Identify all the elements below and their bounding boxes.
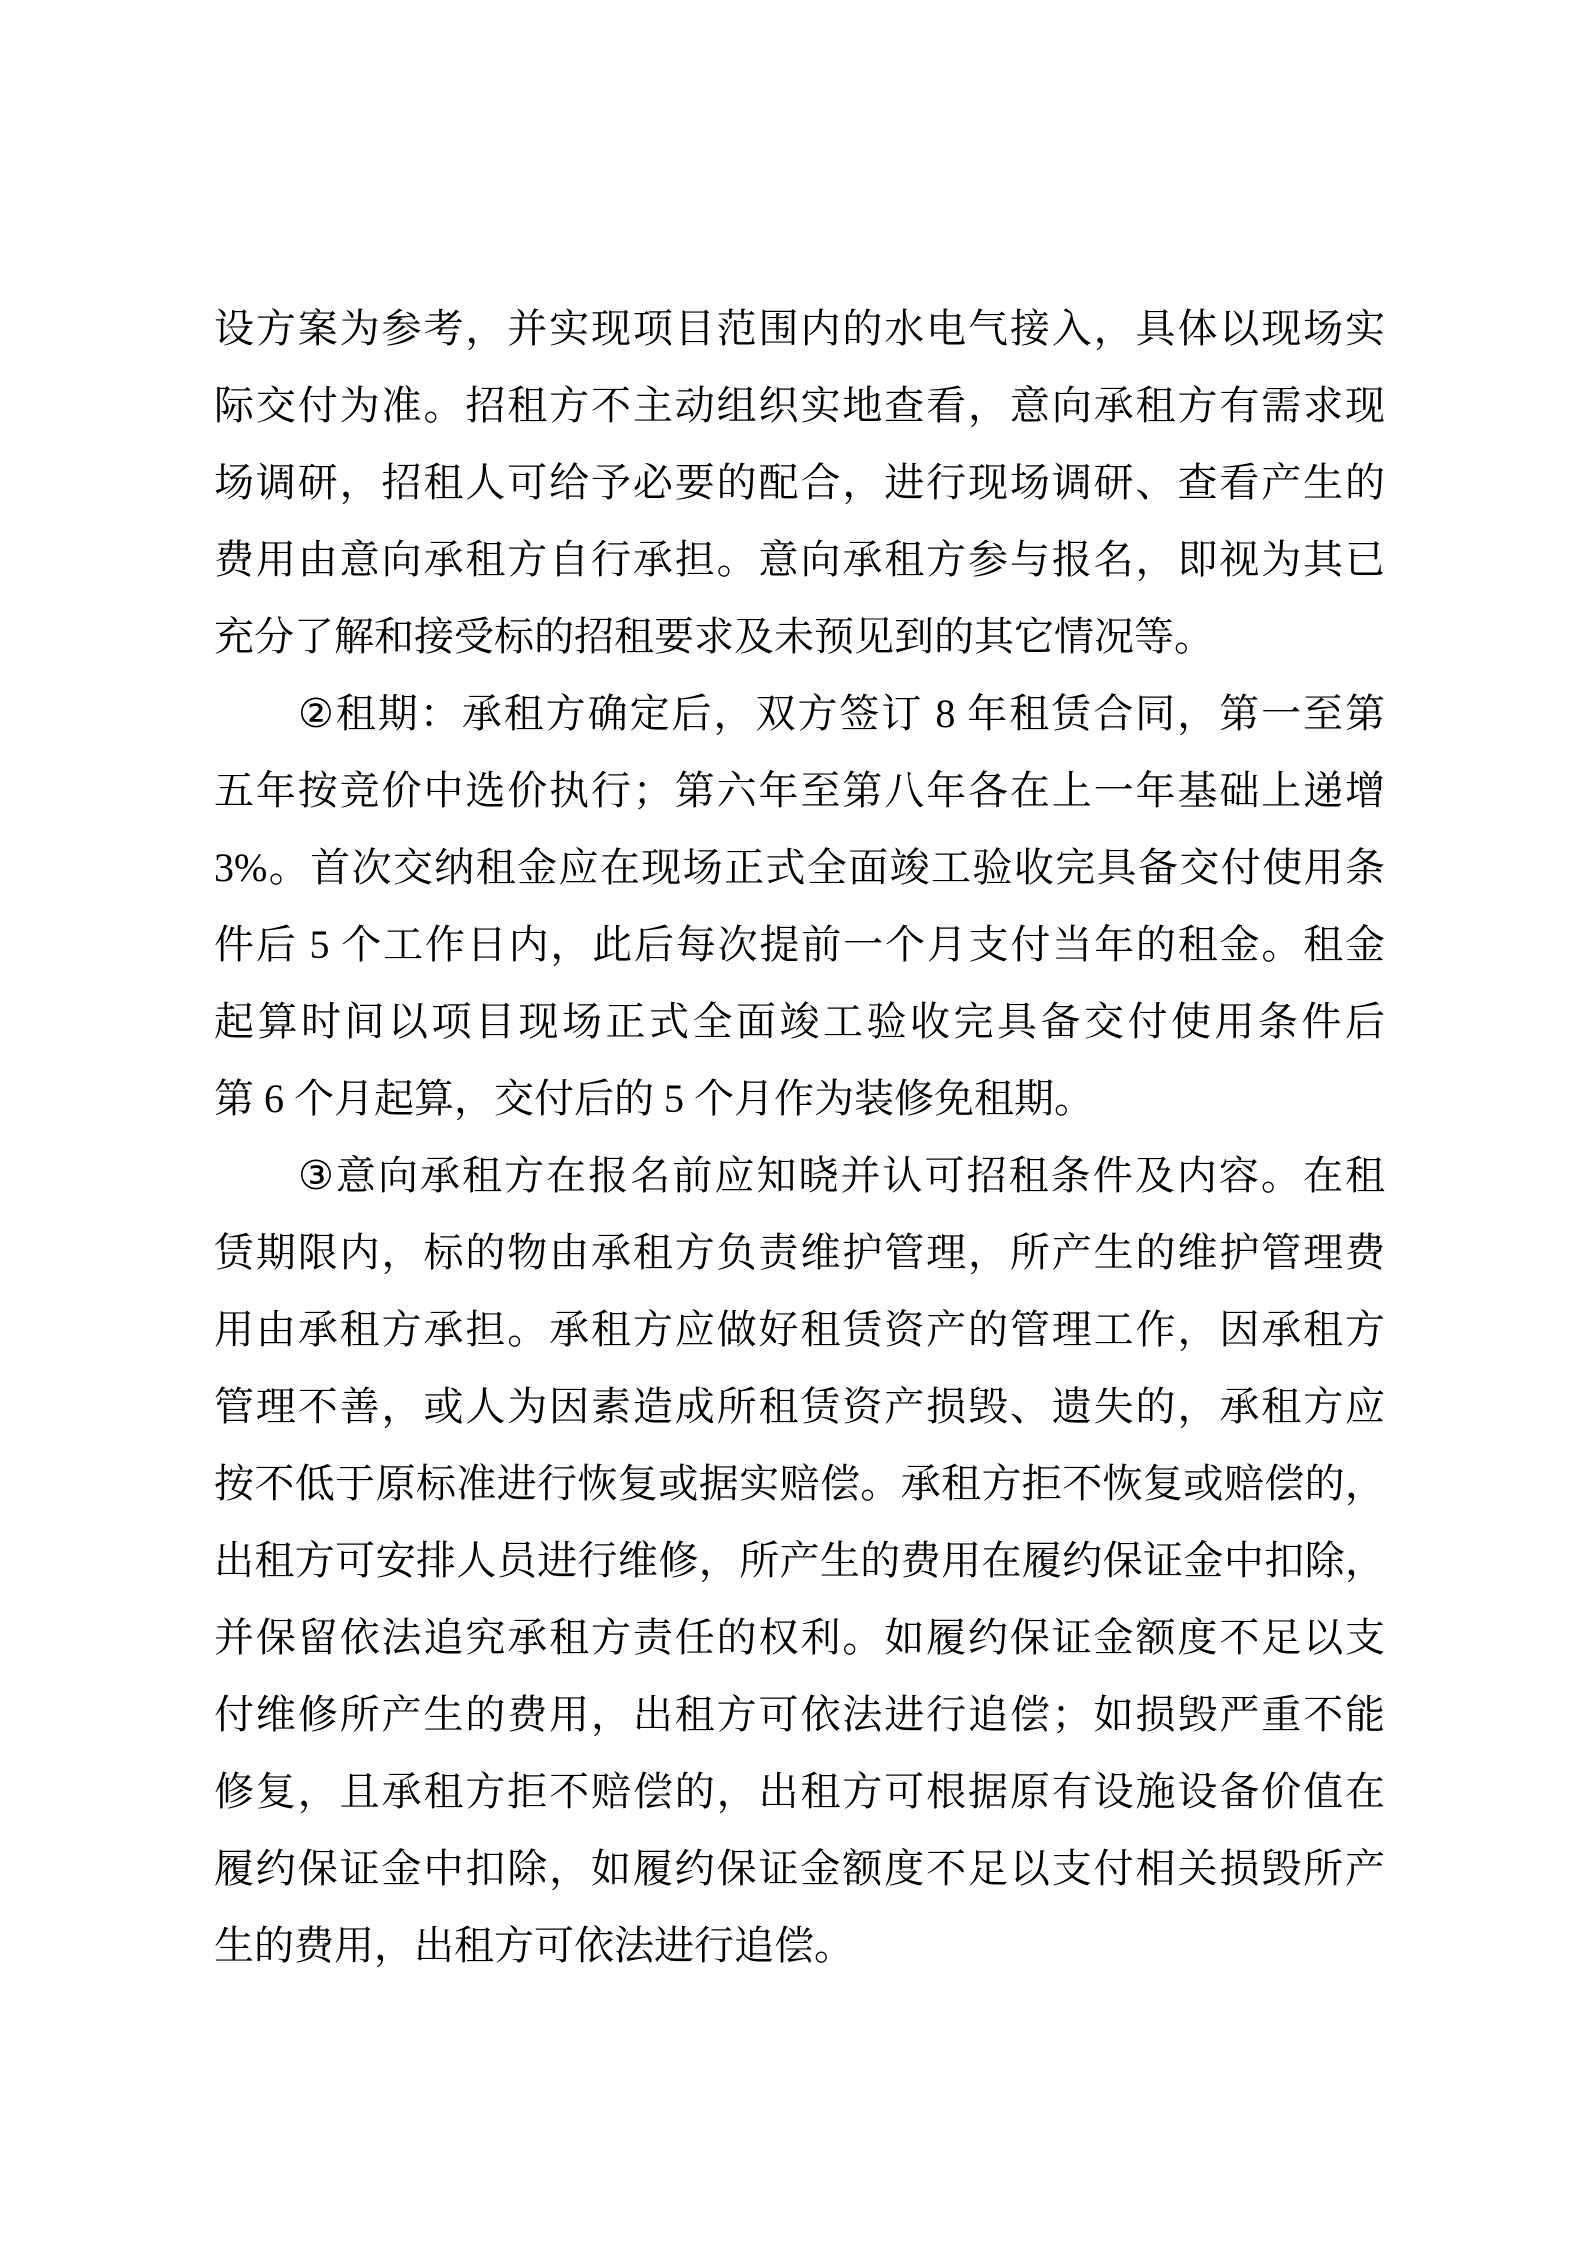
text-line: 按不低于原标准进行恢复或据实赔偿。承租方拒不恢复或赔偿的， (214, 1445, 1385, 1522)
document-text-block: 设方案为参考，并实现项目范围内的水电气接入，具体以现场实际交付为准。招租方不主动… (214, 290, 1385, 1984)
text-line: 赁期限内，标的物由承租方负责维护管理，所产生的维护管理费 (214, 1214, 1385, 1291)
text-line: 出租方可安排人员进行维修，所产生的费用在履约保证金中扣除， (214, 1522, 1385, 1599)
text-line: 五年按竞价中选价执行；第六年至第八年各在上一年基础上递增 (214, 752, 1385, 829)
paragraph: 设方案为参考，并实现项目范围内的水电气接入，具体以现场实际交付为准。招租方不主动… (214, 290, 1385, 675)
text-line: 设方案为参考，并实现项目范围内的水电气接入，具体以现场实 (214, 290, 1385, 367)
text-line: 充分了解和接受标的招租要求及未预见到的其它情况等。 (214, 598, 1385, 675)
text-line: 费用由意向承租方自行承担。意向承租方参与报名，即视为其已 (214, 521, 1385, 598)
text-line: 修复，且承租方拒不赔偿的，出租方可根据原有设施设备价值在 (214, 1753, 1385, 1830)
text-line: 并保留依法追究承租方责任的权利。如履约保证金额度不足以支 (214, 1599, 1385, 1676)
text-line: 付维修所产生的费用，出租方可依法进行追偿；如损毁严重不能 (214, 1676, 1385, 1753)
text-line: ③意向承租方在报名前应知晓并认可招租条件及内容。在租 (214, 1137, 1385, 1214)
text-line: ②租期：承租方确定后，双方签订 8 年租赁合同，第一至第 (214, 675, 1385, 752)
paragraph: ②租期：承租方确定后，双方签订 8 年租赁合同，第一至第五年按竞价中选价执行；第… (214, 675, 1385, 1137)
text-line: 场调研，招租人可给予必要的配合，进行现场调研、查看产生的 (214, 444, 1385, 521)
text-line: 用由承租方承担。承租方应做好租赁资产的管理工作，因承租方 (214, 1291, 1385, 1368)
text-line: 履约保证金中扣除，如履约保证金额度不足以支付相关损毁所产 (214, 1830, 1385, 1907)
text-line: 管理不善，或人为因素造成所租赁资产损毁、遗失的，承租方应 (214, 1368, 1385, 1445)
text-line: 第 6 个月起算，交付后的 5 个月作为装修免租期。 (214, 1060, 1385, 1137)
text-line: 生的费用，出租方可依法进行追偿。 (214, 1907, 1385, 1984)
document-page: 设方案为参考，并实现项目范围内的水电气接入，具体以现场实际交付为准。招租方不主动… (0, 0, 1587, 2245)
text-line: 起算时间以项目现场正式全面竣工验收完具备交付使用条件后 (214, 983, 1385, 1060)
text-line: 3%。首次交纳租金应在现场正式全面竣工验收完具备交付使用条 (214, 829, 1385, 906)
text-line: 际交付为准。招租方不主动组织实地查看，意向承租方有需求现 (214, 367, 1385, 444)
paragraph: ③意向承租方在报名前应知晓并认可招租条件及内容。在租赁期限内，标的物由承租方负责… (214, 1137, 1385, 1984)
text-line: 件后 5 个工作日内，此后每次提前一个月支付当年的租金。租金 (214, 906, 1385, 983)
